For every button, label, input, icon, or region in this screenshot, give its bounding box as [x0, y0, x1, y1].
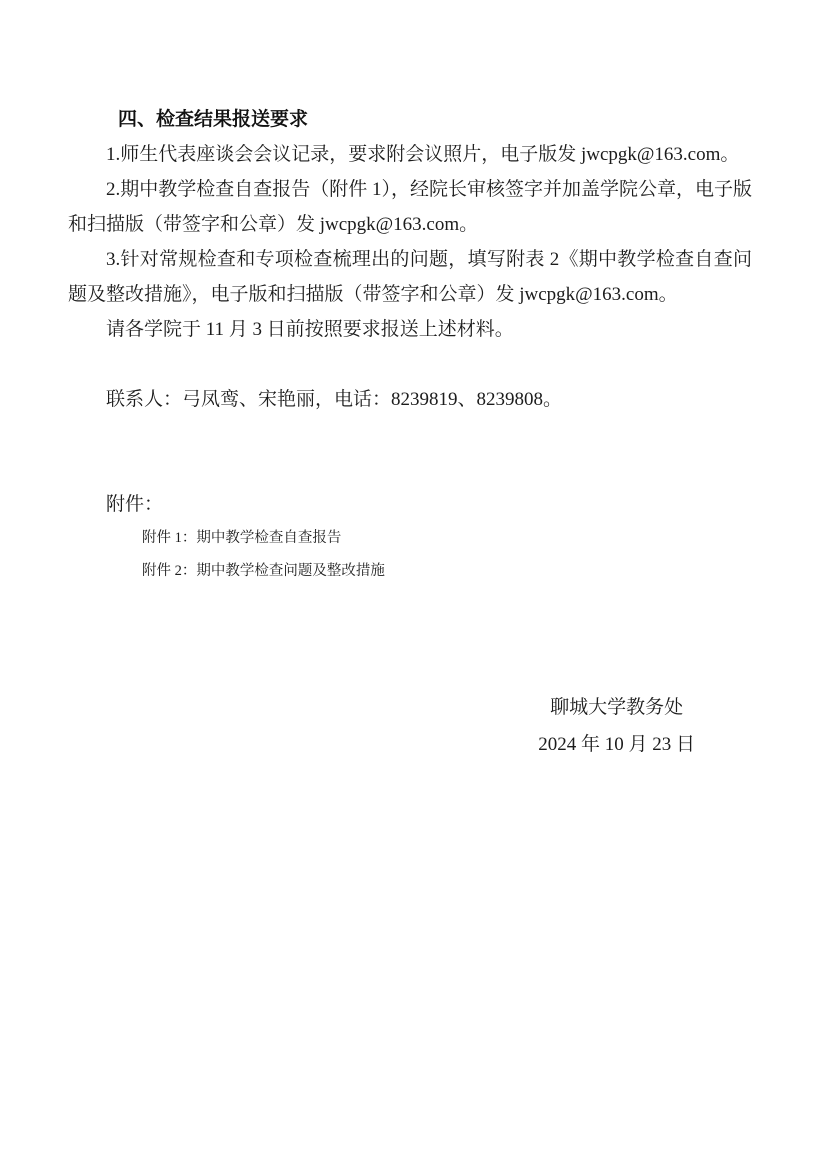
- signature-date: 2024 年 10 月 23 日: [538, 726, 695, 763]
- attachment-item-1: 附件 1：期中教学检查自查报告: [142, 522, 752, 555]
- section-heading: 四、检查结果报送要求: [68, 102, 752, 137]
- attachment-item-2: 附件 2：期中教学检查问题及整改措施: [142, 555, 752, 588]
- paragraph-requirement-2: 2.期中教学检查自查报告（附件 1），经院长审核签字并加盖学院公章，电子版和扫描…: [68, 172, 752, 242]
- paragraph-deadline: 请各学院于 11 月 3 日前按照要求报送上述材料。: [68, 312, 752, 347]
- attachments-label: 附件：: [68, 487, 752, 522]
- paragraph-requirement-1: 1.师生代表座谈会会议记录，要求附会议照片，电子版发 jwcpgk@163.co…: [68, 137, 752, 172]
- attachments-list: 附件 1：期中教学检查自查报告 附件 2：期中教学检查问题及整改措施: [142, 522, 752, 588]
- signature-organization: 聊城大学教务处: [538, 689, 695, 726]
- signature-block: 聊城大学教务处 2024 年 10 月 23 日: [538, 689, 695, 763]
- document-content: 四、检查结果报送要求 1.师生代表座谈会会议记录，要求附会议照片，电子版发 jw…: [68, 102, 752, 763]
- document-page: 四、检查结果报送要求 1.师生代表座谈会会议记录，要求附会议照片，电子版发 jw…: [0, 0, 820, 1159]
- paragraph-requirement-3: 3.针对常规检查和专项检查梳理出的问题，填写附表 2《期中教学检查自查问题及整改…: [68, 242, 752, 312]
- contact-line: 联系人：弓凤鸾、宋艳丽，电话：8239819、8239808。: [68, 382, 752, 417]
